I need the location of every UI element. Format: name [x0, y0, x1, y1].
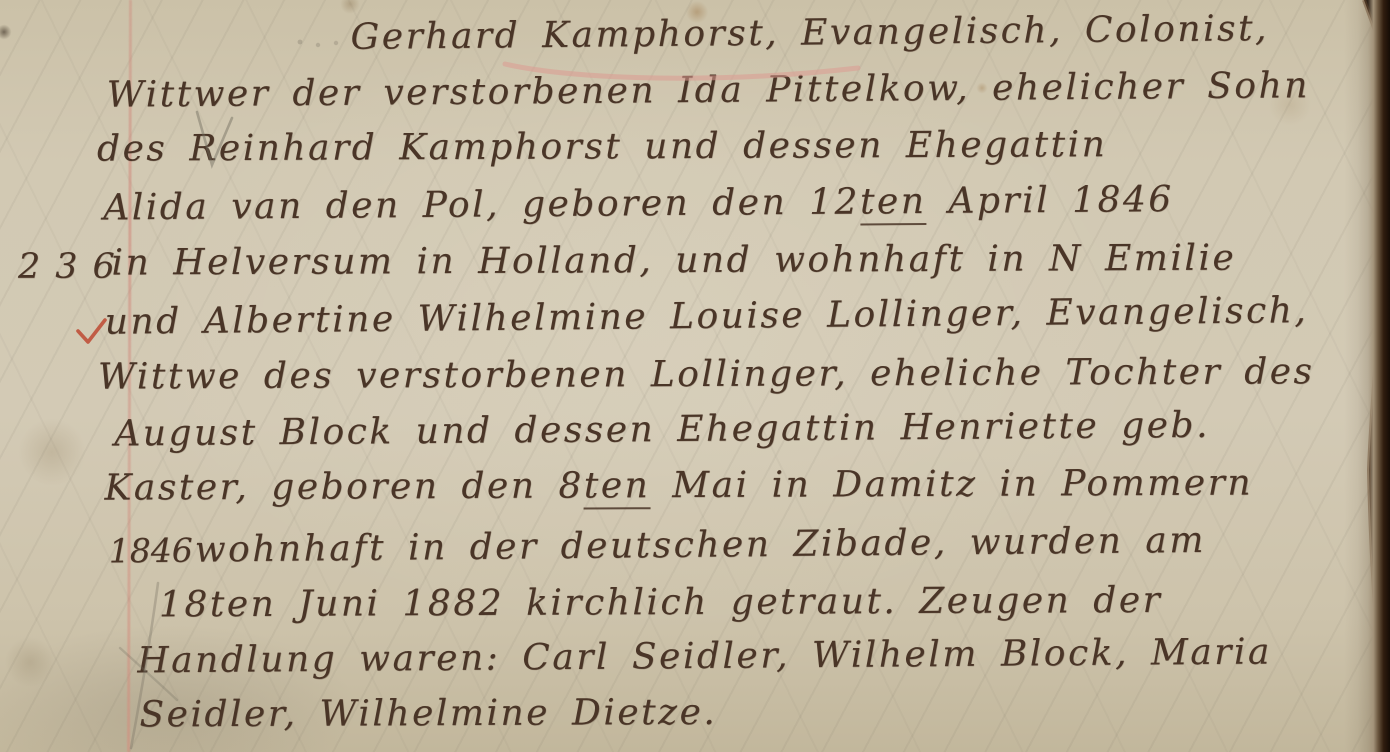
register-page-scan: 236 Gerhard Kamphorst, Evangelisch, Colo… [0, 0, 1390, 752]
record-line-10: 1846wohnhaft in der deutschen Zibade, wu… [109, 523, 1206, 570]
record-text-block: Gerhard Kamphorst, Evangelisch, Colonist… [0, 0, 1390, 752]
text-segment: Wittwe des verstorbenen Lollinger, eheli… [98, 351, 1315, 397]
record-line-2: Wittwer der verstorbenen Ida Pittelkow, … [107, 68, 1310, 113]
record-line-7: Wittwe des verstorbenen Lollinger, eheli… [98, 354, 1315, 395]
text-segment: wohnhaft in der deutschen Zibade, wurden… [195, 520, 1207, 571]
text-segment: 18ten Juni 1882 kirchlich getraut. Zeuge… [159, 580, 1162, 625]
record-line-6: und Albertine Wilhelmine Louise Lollinge… [105, 293, 1309, 341]
text-segment: ten [584, 465, 651, 509]
text-segment: des Reinhard Kamphorst und dessen Ehegat… [97, 124, 1107, 169]
record-line-5: in Helversum in Holland, und wohnhaft in… [111, 241, 1236, 282]
record-line-1: Gerhard Kamphorst, Evangelisch, Colonist… [350, 11, 1269, 56]
record-line-3: des Reinhard Kamphorst und dessen Ehegat… [97, 127, 1107, 167]
record-line-12: Handlung waren: Carl Seidler, Wilhelm Bl… [137, 635, 1272, 680]
text-segment: und Albertine Wilhelmine Louise Lollinge… [105, 290, 1309, 343]
text-segment: April 1846 [926, 179, 1174, 222]
record-line-4: Alida van den Pol, geboren den 12ten Apr… [103, 182, 1174, 226]
record-line-13: Seidler, Wilhelmine Dietze. [139, 695, 717, 734]
record-line-9: Kaster, geboren den 8ten Mai in Damitz i… [104, 466, 1253, 507]
text-segment: Seidler, Wilhelmine Dietze. [139, 692, 717, 736]
text-segment: Gerhard Kamphorst, Evangelisch, Colonist… [350, 8, 1269, 58]
text-segment: Alida van den Pol, geboren den 12 [103, 182, 860, 229]
record-line-8: August Block und dessen Ehegattin Henrie… [114, 408, 1210, 453]
text-segment: Mai in Damitz in Pommern [650, 463, 1253, 507]
page-edge-gradient [1344, 0, 1390, 752]
record-line-11: 18ten Juni 1882 kirchlich getraut. Zeuge… [159, 583, 1162, 623]
text-segment: ten [860, 181, 927, 226]
text-segment: Kaster, geboren den 8 [104, 465, 584, 508]
text-segment: in Helversum in Holland, und wohnhaft in… [111, 238, 1236, 284]
text-segment: August Block und dessen Ehegattin Henrie… [114, 405, 1210, 455]
text-segment: 1846 [109, 531, 193, 571]
text-segment: Wittwer der verstorbenen Ida Pittelkow, … [107, 65, 1310, 115]
text-segment: Handlung waren: Carl Seidler, Wilhelm Bl… [137, 632, 1272, 682]
